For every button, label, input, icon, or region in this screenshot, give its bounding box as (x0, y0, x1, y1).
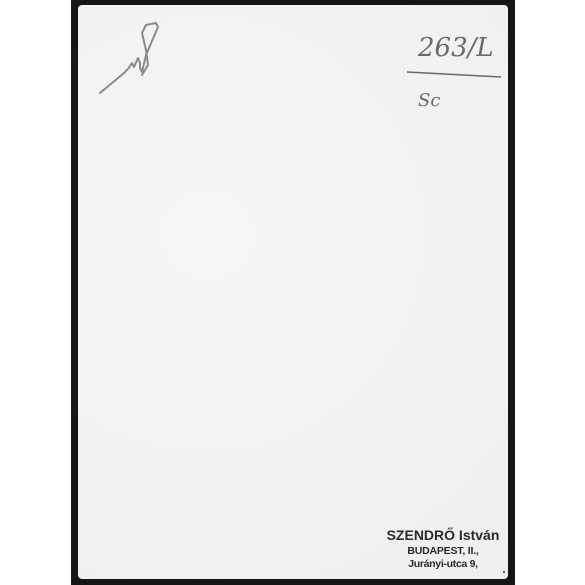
handwritten-initials: Sc (418, 90, 440, 111)
handwritten-marks (78, 5, 508, 579)
number-underline (407, 72, 501, 77)
stamp-name: SZENDRŐ István (378, 529, 508, 542)
photo-frame-border: 263/L Sc SZENDRŐ István BUDAPEST, II., J… (71, 0, 515, 585)
photo-back-card: 263/L Sc SZENDRŐ István BUDAPEST, II., J… (78, 5, 508, 579)
handwritten-number: 263/L (418, 33, 494, 63)
stamp-city: BUDAPEST, II., (378, 545, 508, 558)
photographer-stamp: SZENDRŐ István BUDAPEST, II., Jurányi-ut… (378, 529, 508, 571)
signature-scribble-icon (100, 23, 158, 93)
stamp-address: Jurányi-utca 9, (378, 558, 508, 571)
ink-dot (503, 571, 505, 573)
